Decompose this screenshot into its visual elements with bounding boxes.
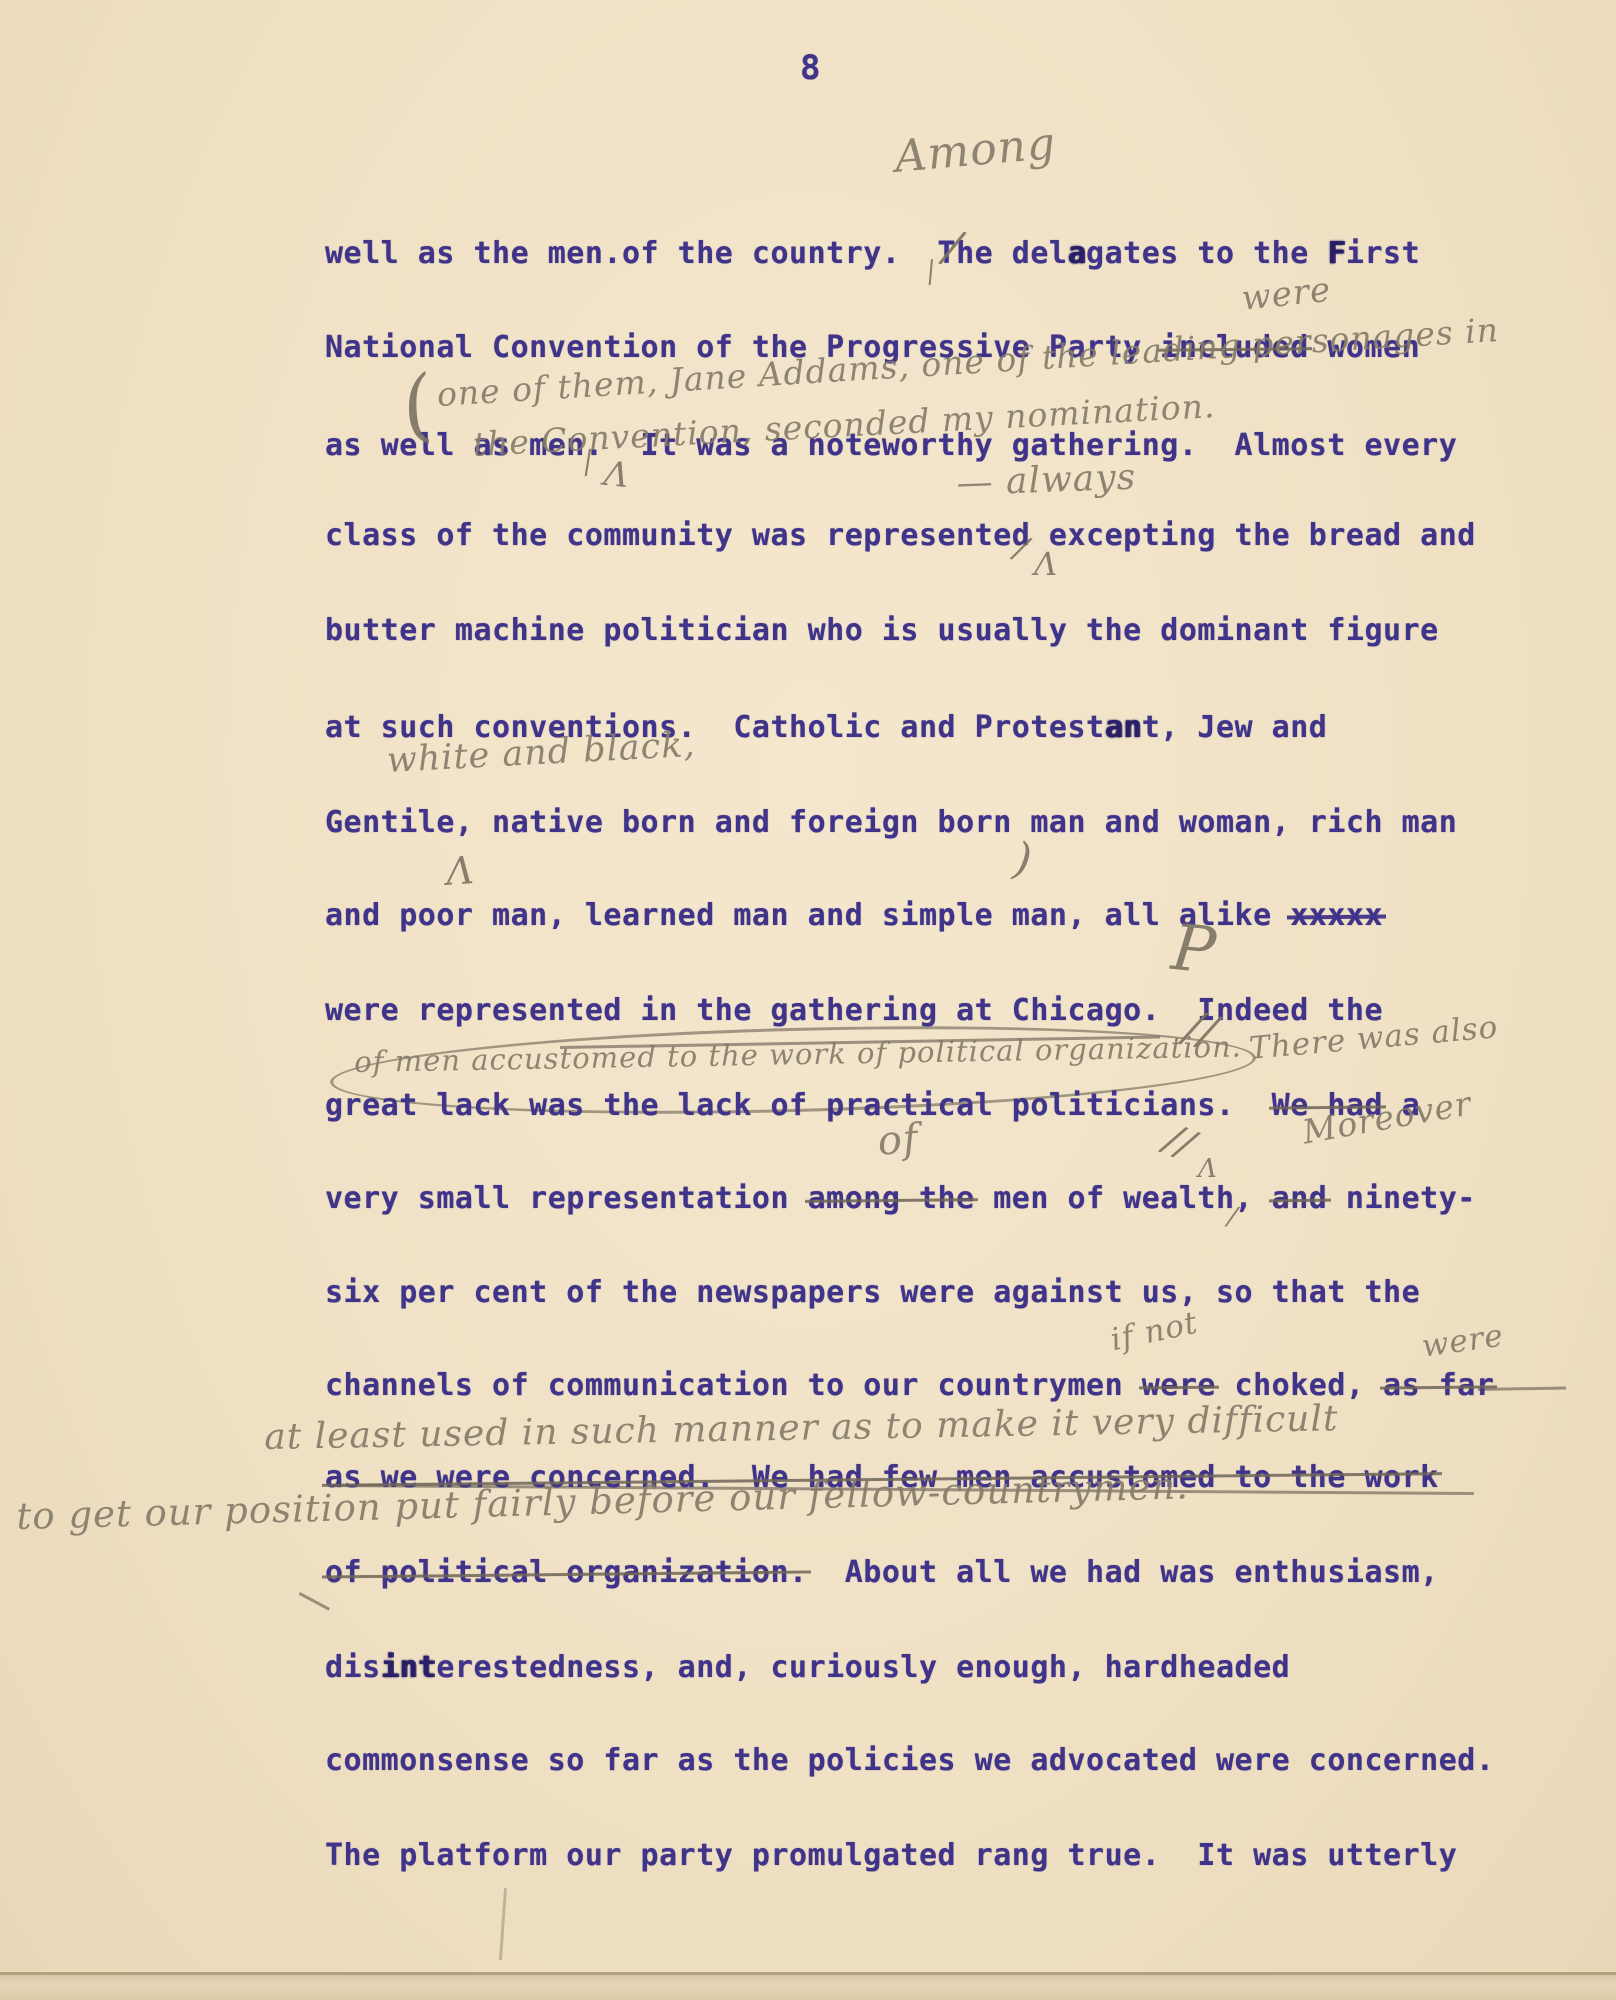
handwritten-annotation-2: were [1240, 273, 1333, 316]
typed-text: channels of communication to our country… [325, 1368, 1142, 1403]
typed-line-5: butter machine politician who is usually… [325, 613, 1439, 648]
handwritten-annotation-10: of [876, 1118, 920, 1161]
typed-text: Gentile, native born and foreign born ma… [325, 805, 1457, 840]
typed-text: were represented in the gathering at Chi… [325, 993, 1383, 1028]
manuscript-page: 8 well as the men.of the country. The de… [0, 0, 1616, 2000]
typed-text: class of the community was represented e… [325, 518, 1476, 553]
handwritten-annotation-13: at least used in such manner as to make … [264, 1401, 1339, 1456]
typed-text: commonsense so far as the policies we ad… [325, 1743, 1494, 1778]
typed-text: About all we had was enthusiasm, [808, 1555, 1439, 1590]
typed-line-8: and poor man, learned man and simple man… [325, 898, 1383, 933]
typed-text: F [1327, 236, 1346, 271]
struck-text: of political organization. [325, 1555, 808, 1590]
struck-text: were [1142, 1368, 1216, 1403]
typed-text: and poor man, learned man and simple man… [325, 898, 1290, 933]
typed-line-4: class of the community was represented e… [325, 518, 1476, 553]
pencil-line [299, 1592, 330, 1611]
typed-text: great lack was the lack of practical pol… [325, 1088, 1272, 1123]
typed-text: The platform our party promulgated rang … [325, 1838, 1457, 1873]
typed-text: dis [325, 1650, 381, 1685]
typed-text: men of wealth, [975, 1181, 1272, 1216]
typed-line-15: of political organization. About all we … [325, 1555, 1439, 1590]
typed-text: ninety- [1327, 1181, 1476, 1216]
struck-text: as far [1383, 1368, 1494, 1403]
typed-text: choked, [1216, 1368, 1383, 1403]
handwritten-annotation-12: were [1420, 1321, 1506, 1363]
pencil-mark-7: Λ [445, 851, 475, 891]
typed-line-18: The platform our party promulgated rang … [325, 1838, 1457, 1873]
typed-line-10: great lack was the lack of practical pol… [325, 1088, 1420, 1123]
handwritten-annotation-11: if not [1108, 1308, 1201, 1357]
pencil-mark-6: Λ [1034, 548, 1057, 580]
typed-text: six per cent of the newspapers were agai… [325, 1275, 1420, 1310]
page-number: 8 [800, 48, 820, 88]
typed-text: int [381, 1650, 437, 1685]
pencil-line [499, 1888, 507, 1960]
handwritten-annotation-1: Among [893, 122, 1058, 180]
typed-text: an [1105, 710, 1142, 745]
typed-line-17: commonsense so far as the policies we ad… [325, 1743, 1494, 1778]
page-bottom-edge [0, 1975, 1616, 2000]
typed-text: erestedness, and, curiously enough, hard… [436, 1650, 1290, 1685]
typed-text: a [1067, 236, 1086, 271]
pencil-mark-12: // [1159, 1118, 1199, 1165]
pencil-line [0, 1972, 1616, 1975]
pencil-mark-13: Λ [1198, 1156, 1217, 1182]
typed-line-11: very small representation among the men … [325, 1181, 1476, 1216]
typed-text: butter machine politician who is usually… [325, 613, 1439, 648]
handwritten-annotation-5: — always [956, 460, 1137, 502]
typed-text: very small representation [325, 1181, 808, 1216]
pencil-mark-4: Λ [602, 457, 630, 493]
struck-text: and [1272, 1181, 1328, 1216]
pencil-mark-8: ) [1011, 837, 1034, 883]
typed-text: t, Jew and [1142, 710, 1328, 745]
pencil-mark-10: P [1169, 916, 1219, 984]
typed-line-12: six per cent of the newspapers were agai… [325, 1275, 1420, 1310]
typed-line-16: disinterestedness, and, curiously enough… [325, 1650, 1290, 1685]
typed-line-7: Gentile, native born and foreign born ma… [325, 805, 1457, 840]
typed-text: irst [1346, 236, 1420, 271]
struck-text: xxxxx [1290, 898, 1383, 933]
typed-text: gates to the [1086, 236, 1327, 271]
struck-text: among the [808, 1181, 975, 1216]
typed-line-1: well as the men.of the country. The dela… [325, 236, 1420, 271]
typed-line-9: were represented in the gathering at Chi… [325, 993, 1383, 1028]
